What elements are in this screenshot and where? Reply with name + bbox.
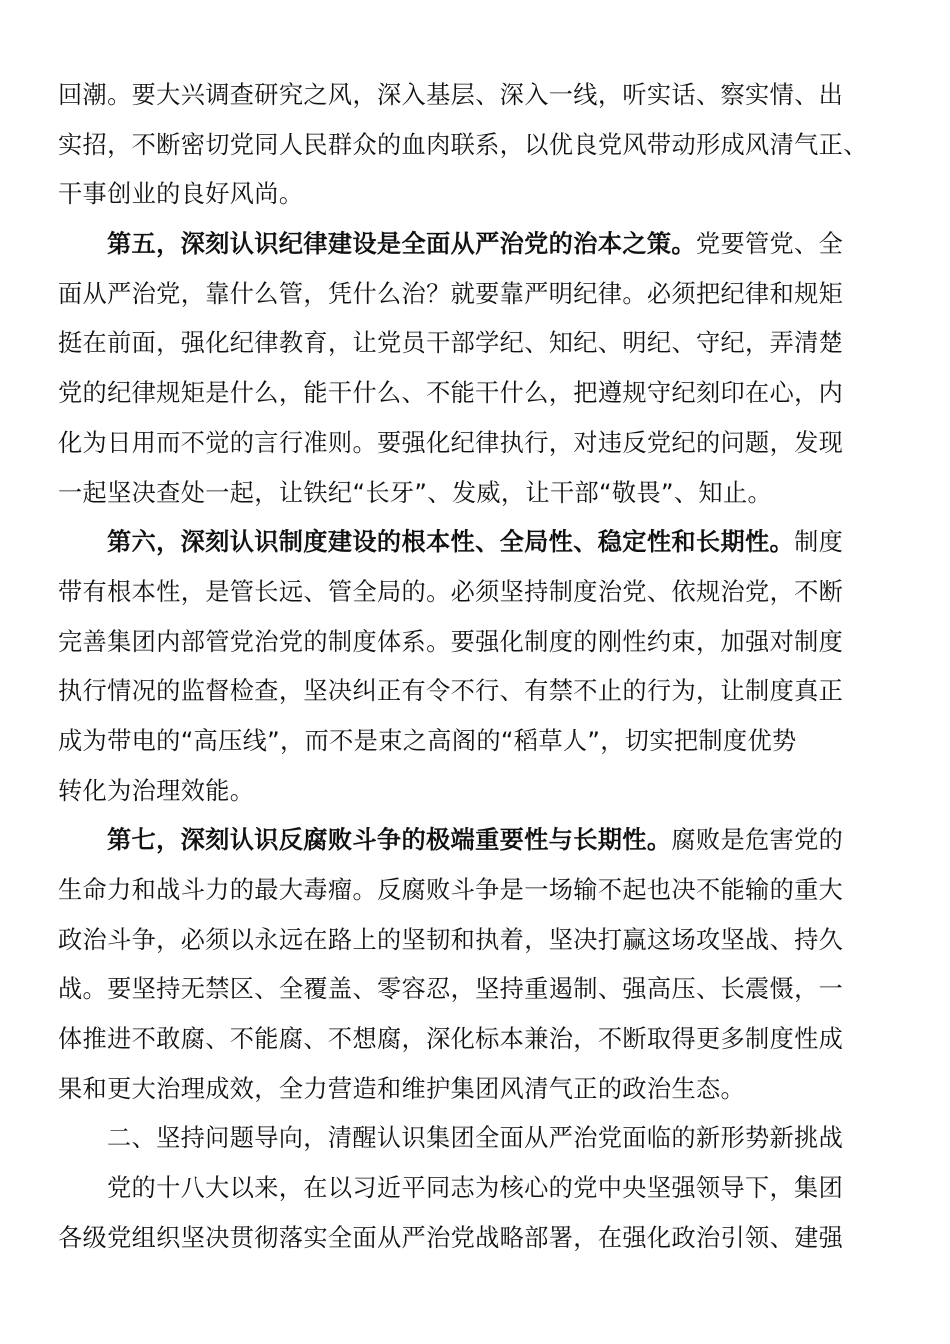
paragraph-first-line: 第七，深刻认识反腐败斗争的极端重要性与长期性。腐败是危害党的 — [58, 816, 878, 866]
text-line: 挺在前面，强化纪律教育，让党员干部学纪、知纪、明纪、守纪，弄清楚 — [58, 319, 878, 369]
text-line: 转化为治理效能。 — [58, 767, 878, 817]
text-line: 化为日用而不觉的言行准则。要强化纪律执行，对违反党纪的问题，发现 — [58, 419, 878, 469]
text-run: 制度 — [794, 528, 843, 556]
text-line: 执行情况的监督检查，坚决纠正有令不行、有禁不止的行为，让制度真正 — [58, 667, 878, 717]
text-line: 一起坚决查处一起，让铁纪“长牙”、发威，让干部“敬畏”、知止。 — [58, 469, 878, 519]
section-heading: 二、坚持问题导向，清醒认识集团全面从严治党面临的新形势新挑战 — [58, 1114, 878, 1164]
text-line: 成为带电的“高压线”，而不是束之高阁的“稻草人”，切实把制度优势 — [58, 717, 878, 767]
paragraph-heading: 第七，深刻认识反腐败斗争的极端重要性与长期性。 — [107, 826, 671, 854]
text-line: 面从严治党，靠什么管，凭什么治？就要靠严明纪律。必须把纪律和规矩 — [58, 270, 878, 320]
text-run: 腐败是危害党的 — [671, 826, 843, 854]
text-line: 实招，不断密切党同人民群众的血肉联系，以优良党风带动形成风清气正、 — [58, 121, 878, 171]
text-line: 战。要坚持无禁区、全覆盖、零容忍，坚持重遏制、强高压、长震慑，一 — [58, 965, 878, 1015]
text-line: 政治斗争，必须以永远在路上的坚韧和执着，坚决打赢这场攻坚战、持久 — [58, 916, 878, 966]
text-line: 完善集团内部管党治党的制度体系。要强化制度的刚性约束，加强对制度 — [58, 618, 878, 668]
text-run: 党要管党、全 — [696, 230, 843, 258]
text-line: 党的纪律规矩是什么，能干什么、不能干什么，把遵规守纪刻印在心，内 — [58, 369, 878, 419]
text-line: 带有根本性，是管长远、管全局的。必须坚持制度治党、依规治党，不断 — [58, 568, 878, 618]
text-line: 体推进不敢腐、不能腐、不想腐，深化标本兼治，不断取得更多制度性成 — [58, 1015, 878, 1065]
paragraph-first-line: 党的十八大以来，在以习近平同志为核心的党中央坚强领导下，集团 — [58, 1164, 878, 1214]
text-line: 生命力和战斗力的最大毒瘤。反腐败斗争是一场输不起也决不能输的重大 — [58, 866, 878, 916]
paragraph-heading: 第六，深刻认识制度建设的根本性、全局性、稳定性和长期性。 — [107, 528, 794, 556]
paragraph-first-line: 第五，深刻认识纪律建设是全面从严治党的治本之策。党要管党、全 — [58, 220, 878, 270]
text-line: 果和更大治理成效，全力营造和维护集团风清气正的政治生态。 — [58, 1065, 878, 1115]
text-line: 干事创业的良好风尚。 — [58, 170, 878, 220]
document-page: 回潮。要大兴调查研究之风，深入基层、深入一线，听实话、察实情、出 实招，不断密切… — [58, 71, 878, 1264]
text-line: 回潮。要大兴调查研究之风，深入基层、深入一线，听实话、察实情、出 — [58, 71, 878, 121]
paragraph-heading: 第五，深刻认识纪律建设是全面从严治党的治本之策。 — [107, 230, 696, 258]
text-line: 各级党组织坚决贯彻落实全面从严治党战略部署，在强化政治引领、建强 — [58, 1214, 878, 1264]
paragraph-first-line: 第六，深刻认识制度建设的根本性、全局性、稳定性和长期性。制度 — [58, 518, 878, 568]
